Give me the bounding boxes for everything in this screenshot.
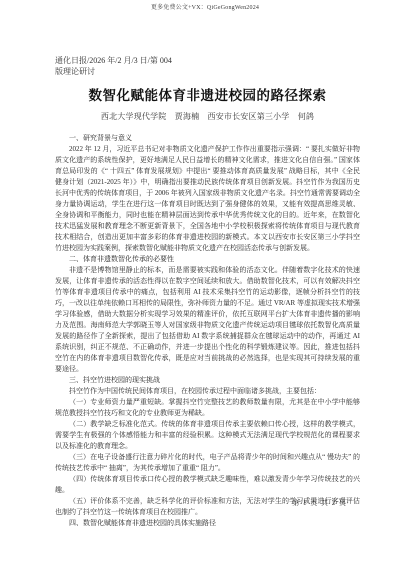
page-number-label: 第 1 页 共 2 页 <box>292 498 347 508</box>
section-heading: 一、研究背景与意义 <box>55 133 360 144</box>
article-body: 一、研究背景与意义2022 年 12 月，习近平总书记对非物质文化遗产保护工作作… <box>55 133 360 529</box>
publication-masthead: 通化日报/2026 年/2 月/3 日/第 004 版理论研讨 <box>55 56 360 77</box>
body-paragraph: 非遗不是博物馆里静止的标本，而是需要被实践和体验的活态文化。伴随着数字化技术的快… <box>55 265 360 375</box>
section-heading: 四、数智化赋能体育非遗进校园的具体实施路径 <box>55 518 360 529</box>
section-heading: 二、体育非遗数智化传承的必要性 <box>55 254 360 265</box>
body-paragraph: （二）教学缺乏标准化范式。传统的体育非遗项目传承主要依赖口传心授，这样的教学模式… <box>55 419 360 452</box>
body-paragraph: 2022 年 12 月，习近平总书记对非物质文化遗产保护工作作出重要指示强调：“… <box>55 144 360 254</box>
article-title: 数智化赋能体育非遗进校园的路径探索 <box>55 88 360 104</box>
article-content: 通化日报/2026 年/2 月/3 日/第 004 版理论研讨 数智化赋能体育非… <box>55 56 360 529</box>
body-paragraph: （一）专业师资力量严重短缺。掌握抖空竹完整技艺的教师数量有限，尤其是在中小学中能… <box>55 397 360 419</box>
watermark-text: 更多免费公文+VX：QiGeGongWen2024 <box>0 2 410 11</box>
publication-date-line: 通化日报/2026 年/2 月/3 日/第 004 <box>55 56 360 67</box>
body-paragraph: 抖空竹作为中国传统民间体育项目，在校园传承过程中面临诸多挑战，主要包括： <box>55 386 360 397</box>
document-page: 更多免费公文+VX：QiGeGongWen2024 通化日报/2026 年/2 … <box>0 0 410 580</box>
body-paragraph: （四）传统体育项目传承口传心授的教学模式缺乏趣味性，难以激发青少年学习传统技艺的… <box>55 474 360 496</box>
section-heading: 三、抖空竹进校园的现实挑战 <box>55 375 360 386</box>
body-paragraph: （三）在电子设备盛行注意力碎片化的时代，电子产品将青少年的时间和兴趣点从“ 慢功… <box>55 452 360 474</box>
publication-section-line: 版理论研讨 <box>55 67 360 78</box>
article-byline: 西北大学现代学院 贾海楠 西安市长安区第三小学 何鸽 <box>55 111 360 122</box>
